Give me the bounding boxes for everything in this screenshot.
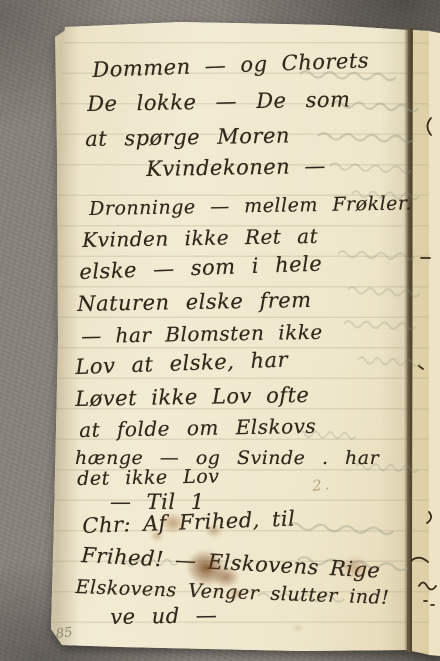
handwriting-line-1: Dommen — og Chorets (92, 48, 369, 82)
handwriting-line-10: Lov at elske, har (75, 348, 288, 379)
stain (150, 530, 164, 542)
handwriting-line-19: ve ud — (110, 603, 218, 629)
handwriting-line-9: — har Blomsten ikke (81, 320, 323, 348)
stain (340, 556, 370, 580)
handwriting-line-13: hænge — og Svinde . har (75, 447, 379, 469)
handwriting-line-5: Dronninge — mellem Frøkler. (89, 192, 412, 220)
handwriting-line-2: De lokke — De som (87, 87, 351, 116)
stain (205, 524, 223, 538)
stain (293, 624, 303, 632)
handwriting-line-3: at spørge Moren (85, 123, 290, 151)
handwriting-line-14: det ikke Lov (77, 466, 220, 490)
handwriting-line-11: Løvet ikke Lov ofte (75, 383, 310, 411)
stain (160, 512, 186, 534)
page-number-pencil: 85 (55, 625, 73, 642)
stain (228, 588, 244, 600)
handwriting-line-7: elske — som i hele (79, 252, 323, 284)
manuscript-photo: Dommen — og Chorets De lokke — De som at… (0, 0, 440, 661)
stain (212, 566, 240, 588)
handwriting-line-12: at folde om Elskovs (79, 414, 316, 442)
handwriting-line-6: Kvinden ikke Ret at (82, 224, 318, 252)
handwriting-line-4: Kvindekonen — (146, 154, 326, 181)
handwriting-line-8: Naturen elske frem (77, 288, 312, 316)
